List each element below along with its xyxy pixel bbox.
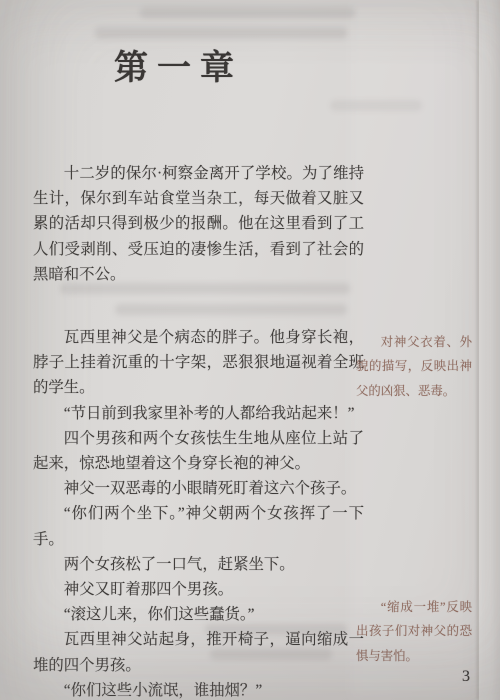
body-paragraph: 瓦西里神父站起身，推开椅子，逼向缩成一堆的四个男孩。 [33,627,364,677]
dialogue-line: “滚这儿来，你们这些蠢货。” [33,602,364,627]
body-paragraph: 四个男孩和两个女孩怯生生地从座位上站了起来，惊恐地望着这个身穿长袍的神父。 [33,426,364,476]
dialogue-line: “你们两个坐下。”神父朝两个女孩挥了一下手。 [33,501,364,551]
dialogue-line: “节日前到我家里补考的人都给我站起来！” [33,401,364,426]
page-edge-background [479,0,500,700]
body-paragraph: 两个女孩松了一口气，赶紧坐下。 [33,552,364,577]
margin-annotation-priest-appearance: 对神父衣着、外貌的描写，反映出神父的凶狠、恶毒。 [356,330,472,403]
body-paragraph: 瓦西里神父是个病态的胖子。他身穿长袍，脖子上挂着沉重的十字架，恶狠狠地逼视着全班… [33,325,364,401]
body-paragraph: 神父一双恶毒的小眼睛死盯着这六个孩子。 [33,476,364,501]
book-page-photo: 第一章 十二岁的保尔·柯察金离开了学校。为了维持生计，保尔到车站食堂当杂工，每天… [0,0,500,700]
dialogue-line: “你们这些小流氓，谁抽烟？” [33,678,364,700]
ink-bleed-through [95,27,347,39]
ink-bleed-through [330,100,422,111]
body-paragraph: 神父又盯着那四个男孩。 [33,577,364,602]
ink-bleed-through [140,7,355,18]
page-number: 3 [462,668,470,686]
margin-annotation-children-fear: “缩成一堆”反映出孩子们对神父的恐惧与害怕。 [356,595,472,668]
body-text: 十二岁的保尔·柯察金离开了学校。为了维持生计，保尔到车站食堂当杂工，每天做着又脏… [33,161,364,700]
body-paragraph: 十二岁的保尔·柯察金离开了学校。为了维持生计，保尔到车站食堂当杂工，每天做着又脏… [33,161,364,287]
chapter-title: 第一章 [114,40,243,89]
